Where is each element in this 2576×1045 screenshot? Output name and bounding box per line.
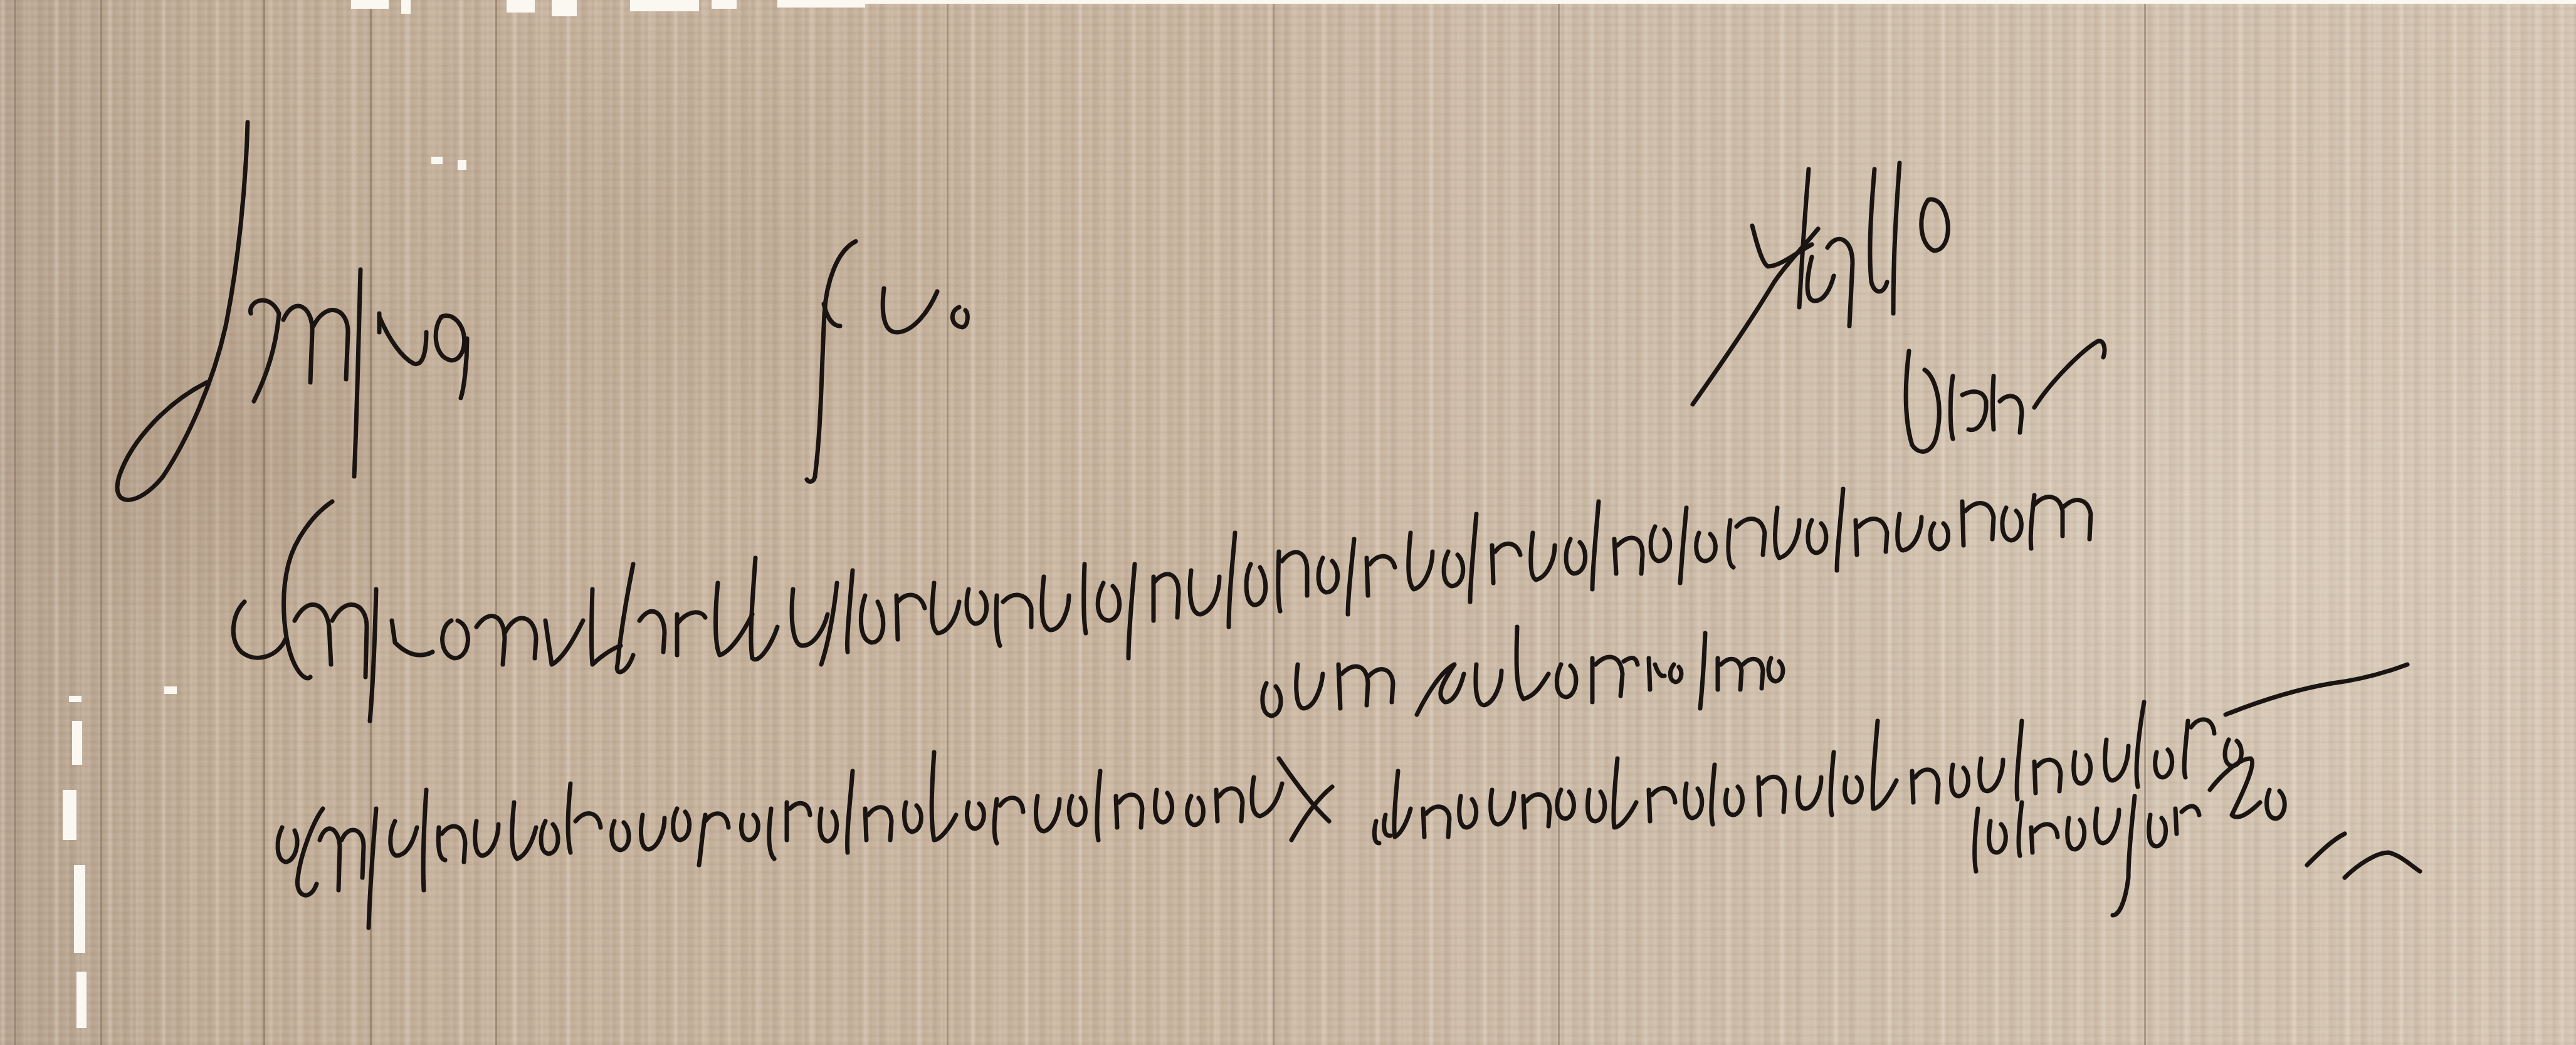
ink-stroke — [2031, 495, 2091, 549]
ink-stroke — [1769, 658, 1783, 681]
ink-stroke — [332, 605, 367, 677]
ink-stroke — [896, 595, 925, 639]
ink-stroke — [1491, 790, 1514, 824]
ink-stroke — [1296, 664, 1323, 708]
ink-stroke — [313, 310, 348, 379]
ink-stroke — [1807, 257, 1834, 301]
ink-stroke — [379, 313, 426, 364]
ink-stroke — [2074, 752, 2091, 784]
address-left-word — [117, 122, 467, 500]
ink-stroke — [1423, 807, 1449, 837]
ink-stroke — [2155, 750, 2172, 777]
letter-body-line — [1374, 664, 2407, 843]
handwriting-ink-layer — [0, 0, 2576, 1045]
ink-stroke — [1831, 752, 1834, 815]
ink-stroke — [1348, 539, 1354, 614]
ink-stroke — [1775, 508, 1799, 558]
ink-stroke — [391, 821, 417, 856]
ink-stroke — [673, 809, 690, 840]
ink-stroke — [1685, 784, 1702, 818]
ink-stroke — [820, 809, 837, 841]
ink-stroke — [438, 826, 465, 862]
ink-stroke — [617, 564, 633, 672]
ink-stroke — [2017, 721, 2022, 799]
ink-stroke — [284, 501, 332, 678]
ink-stroke — [2002, 508, 2022, 540]
ink-stroke — [952, 307, 967, 327]
ink-stroke — [639, 611, 665, 652]
letter-body-line — [278, 752, 1332, 928]
ink-stroke — [1962, 392, 1986, 430]
ink-stroke — [354, 270, 360, 476]
ink-stroke — [1921, 199, 1948, 251]
ink-stroke — [1912, 770, 1938, 802]
ink-stroke — [1476, 664, 1501, 705]
ink-stroke — [1084, 564, 1086, 633]
ink-stroke — [1517, 627, 1548, 699]
letter-body-lines — [233, 489, 2420, 928]
ink-stroke — [1649, 658, 1664, 690]
ink-stroke — [883, 288, 937, 332]
ink-stroke — [1798, 777, 1821, 809]
ink-stroke — [787, 802, 810, 840]
ink-stroke — [2105, 740, 2128, 780]
ink-stroke — [1155, 790, 1172, 822]
ink-stroke — [545, 621, 583, 664]
ink-stroke — [1444, 552, 1463, 586]
ink-stroke — [994, 798, 1023, 843]
ink-stroke — [1930, 523, 1948, 549]
ink-stroke — [1374, 815, 1391, 843]
ink-stroke — [1036, 796, 1059, 831]
ink-stroke — [751, 558, 777, 659]
ink-stroke — [2226, 664, 2407, 715]
ink-stroke — [1557, 664, 1576, 697]
ink-stroke — [2000, 396, 2022, 433]
ink-stroke — [1870, 169, 1887, 291]
ink-stroke — [297, 809, 323, 895]
ink-stroke — [2034, 341, 2105, 407]
ink-stroke — [2113, 796, 2135, 915]
ink-stroke — [1651, 527, 1670, 561]
ink-stroke — [1587, 790, 1604, 821]
ink-stroke — [996, 595, 1031, 646]
ink-stroke — [2031, 824, 2058, 853]
ink-stroke — [1856, 519, 1887, 555]
ink-stroke — [1592, 657, 1638, 702]
ink-stroke — [932, 752, 956, 840]
ink-stroke — [476, 616, 536, 664]
ink-stroke — [1279, 759, 1329, 821]
ink-stroke — [2307, 834, 2420, 878]
ink-stroke — [1700, 633, 1705, 708]
ink-stroke — [2267, 790, 2285, 819]
ink-stroke — [541, 821, 558, 854]
ink-stroke — [392, 621, 433, 655]
ink-stroke — [1844, 777, 1861, 802]
letter-body-line — [1263, 627, 1783, 716]
ink-stroke — [677, 612, 705, 655]
ink-stroke — [568, 784, 601, 853]
ink-stroke — [699, 814, 728, 865]
ink-stroke — [2210, 759, 2260, 817]
ink-stroke — [904, 802, 921, 832]
ink-stroke — [1459, 796, 1476, 827]
ink-stroke — [1394, 771, 1411, 837]
ink-stroke — [1975, 809, 1978, 871]
ink-stroke — [1338, 664, 1393, 708]
ink-stroke — [1614, 759, 1636, 827]
ink-stroke — [1962, 501, 1994, 545]
ink-stroke — [251, 300, 279, 401]
ink-stroke — [967, 802, 984, 829]
ink-stroke — [1557, 790, 1574, 819]
ink-stroke — [1523, 794, 1550, 827]
ink-stroke — [369, 809, 376, 928]
ink-stroke — [1492, 544, 1520, 583]
ink-stroke — [848, 570, 853, 652]
ink-stroke — [1187, 796, 1204, 825]
sender-name-line-1 — [1693, 163, 1948, 404]
ink-stroke — [1906, 351, 1939, 451]
ink-stroke — [1989, 821, 2006, 853]
letter-body-line — [1975, 759, 2420, 915]
ink-stroke — [1693, 229, 1818, 404]
papyrus-sheet: papyrus letter Roman cursive (handwritte… — [0, 0, 2576, 1045]
ink-stroke — [1246, 564, 1266, 605]
ink-stroke — [1649, 788, 1675, 821]
ink-stroke — [741, 815, 758, 840]
letter-body-line — [233, 489, 2091, 721]
ink-stroke — [117, 122, 248, 500]
ink-stroke — [1252, 777, 1282, 816]
ink-stroke — [1566, 539, 1585, 574]
ink-stroke — [2175, 806, 2199, 834]
address-suo-word — [807, 241, 967, 481]
ink-stroke — [612, 821, 629, 850]
ink-stroke — [475, 821, 498, 856]
ink-stroke — [1759, 777, 1785, 815]
ink-stroke — [1718, 658, 1763, 690]
ink-stroke — [1898, 514, 1921, 550]
ink-stroke — [861, 596, 883, 643]
ink-stroke — [1417, 664, 1464, 715]
ink-stroke — [1893, 163, 1900, 313]
ink-stroke — [1592, 501, 1599, 589]
ink-stroke — [2095, 809, 2119, 843]
ink-stroke — [807, 241, 856, 481]
ink-stroke — [1098, 583, 1119, 621]
ink-stroke — [1728, 519, 1765, 567]
ink-stroke — [1154, 574, 1179, 621]
ink-stroke — [233, 602, 285, 658]
ink-stroke — [423, 790, 426, 890]
ink-stroke — [1367, 556, 1395, 596]
ink-stroke — [1725, 787, 1742, 815]
ink-stroke — [848, 771, 853, 853]
ink-stroke — [320, 829, 364, 890]
ink-stroke — [1837, 489, 1843, 570]
ink-stroke — [512, 802, 536, 859]
ink-stroke — [865, 807, 891, 840]
ink-stroke — [1291, 787, 1332, 840]
ink-stroke — [792, 589, 828, 646]
ink-stroke — [1409, 533, 1433, 589]
ink-stroke — [824, 304, 840, 326]
ink-stroke — [2184, 720, 2214, 777]
ink-stroke — [2149, 815, 2166, 846]
ink-stroke — [1993, 376, 1994, 429]
ink-stroke — [2019, 802, 2022, 856]
ink-stroke — [1470, 514, 1476, 602]
ink-stroke — [592, 589, 621, 664]
ink-stroke — [1229, 533, 1235, 627]
ink-stroke — [443, 621, 468, 658]
ink-stroke — [1042, 577, 1069, 630]
ink-stroke — [370, 589, 376, 721]
ink-stroke — [1614, 538, 1643, 574]
ink-stroke — [1190, 570, 1219, 614]
ink-stroke — [1216, 789, 1243, 821]
ink-stroke — [1318, 558, 1338, 592]
ink-stroke — [2137, 702, 2144, 787]
ink-stroke — [1980, 759, 2003, 791]
ink-stroke — [1670, 664, 1681, 682]
ink-stroke — [295, 605, 331, 664]
ink-stroke — [1116, 795, 1142, 827]
ink-stroke — [1873, 721, 1896, 809]
ink-stroke — [1531, 533, 1555, 580]
ink-stroke — [1278, 552, 1307, 611]
ink-stroke — [1808, 520, 1826, 553]
ink-stroke — [769, 809, 774, 859]
ink-stroke — [1263, 683, 1281, 716]
ink-stroke — [932, 583, 959, 633]
ink-stroke — [1097, 771, 1100, 840]
ink-stroke — [641, 815, 665, 849]
ink-stroke — [436, 316, 467, 398]
sender-name-line-2 — [1906, 341, 2105, 451]
ink-stroke — [1069, 796, 1085, 825]
ink-stroke — [283, 306, 312, 382]
ink-stroke — [2068, 818, 2084, 849]
ink-stroke — [2034, 760, 2061, 793]
ink-stroke — [278, 827, 297, 862]
ink-stroke — [1950, 376, 1953, 439]
ink-stroke — [1128, 564, 1135, 658]
ink-stroke — [1951, 765, 1968, 796]
ink-stroke — [967, 589, 987, 624]
ink-stroke — [1696, 533, 1716, 561]
ink-stroke — [1680, 508, 1686, 583]
ink-stroke — [716, 583, 752, 655]
ink-stroke — [1711, 765, 1715, 824]
